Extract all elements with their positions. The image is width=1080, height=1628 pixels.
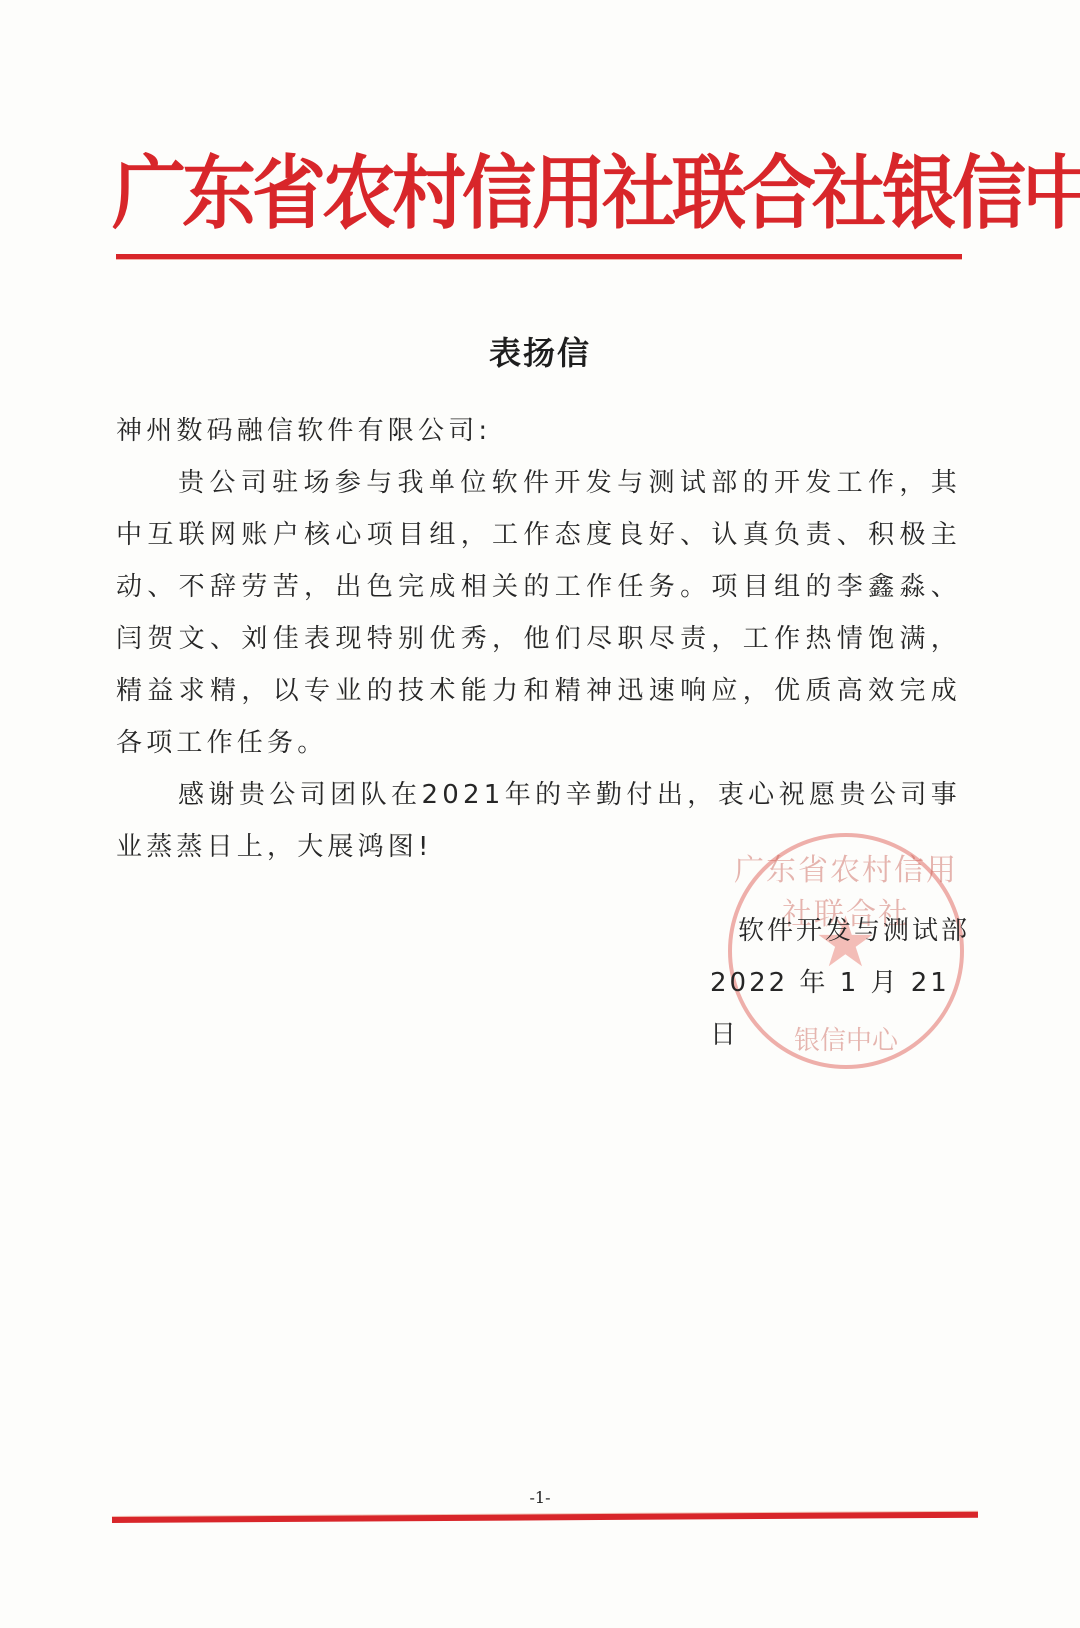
- signature-department: 软件开发与测试部: [710, 905, 970, 957]
- paragraph-1: 贵公司驻场参与我单位软件开发与测试部的开发工作，其中互联网账户核心项目组，工作态…: [116, 457, 961, 769]
- letterhead-divider: [116, 254, 962, 259]
- letterhead-organization: 广东省农村信用社联合社银信中心: [112, 140, 962, 248]
- letter-body: 神州数码融信软件有限公司: 贵公司驻场参与我单位软件开发与测试部的开发工作，其中…: [116, 405, 961, 873]
- salutation: 神州数码融信软件有限公司:: [116, 405, 961, 457]
- page-number: -1-: [0, 1488, 1080, 1507]
- footer-divider: [112, 1512, 978, 1523]
- signature-date: 2022 年 1 月 21 日: [710, 957, 970, 1061]
- signature-block: 软件开发与测试部 2022 年 1 月 21 日: [710, 905, 970, 1061]
- document-title: 表扬信: [0, 328, 1080, 374]
